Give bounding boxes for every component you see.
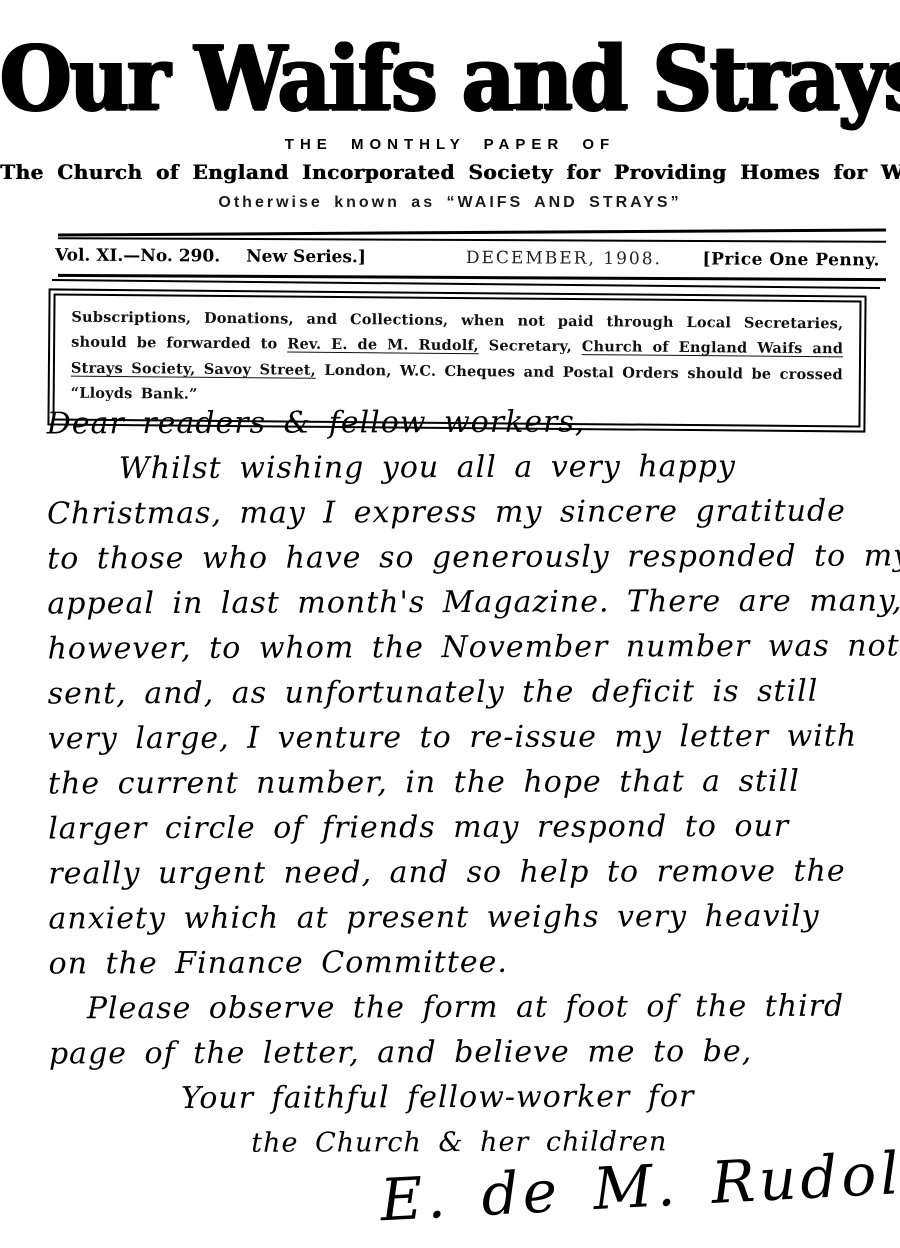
letter-line: anxiety which at present weighs very hea… xyxy=(48,894,876,942)
letter-line: page of the letter, and believe me to be… xyxy=(49,1029,877,1077)
letter-line: the current number, in the hope that a s… xyxy=(48,759,876,807)
issue-line: Vol. XI.—No. 290. New Series.] DECEMBER,… xyxy=(55,245,880,270)
divider-rule xyxy=(52,279,880,289)
letter-line: Your faithful fellow-worker for xyxy=(49,1074,877,1122)
notice-text-part: Secretary, xyxy=(479,338,582,356)
issue-date: DECEMBER, 1908. xyxy=(466,248,662,269)
letter-line: larger circle of friends may respond to … xyxy=(48,804,876,852)
letter-line: Whilst wishing you all a very happy xyxy=(47,444,875,492)
subscription-notice-text: Subscriptions, Donations, and Collection… xyxy=(71,305,844,413)
notice-underlined-secretary-name: Rev. E. de M. Rudolf, xyxy=(287,336,479,355)
handwritten-letter: Dear readers & fellow workers, Whilst wi… xyxy=(47,399,878,1167)
letter-line: on the Finance Committee. xyxy=(49,939,877,987)
issue-price: [Price One Penny. xyxy=(702,249,880,270)
masthead-tagline: THE MONTHLY PAPER OF xyxy=(0,136,900,153)
scanned-newspaper-page: Our Waifs and Strays THE MONTHLY PAPER O… xyxy=(0,0,900,1248)
letter-line: however, to whom the November number was… xyxy=(47,624,875,672)
letter-line: Please observe the form at foot of the t… xyxy=(49,984,877,1032)
issue-series: New Series.] xyxy=(246,247,366,268)
letter-line: Dear readers & fellow workers, xyxy=(47,399,875,447)
letter-line: Christmas, may I express my sincere grat… xyxy=(47,489,875,537)
masthead-society-line: The Church of England Incorporated Socie… xyxy=(0,160,900,184)
masthead-alias-line: Otherwise known as “WAIFS AND STRAYS” xyxy=(0,194,900,212)
divider-rule xyxy=(58,237,886,243)
letter-line: to those who have so generously responde… xyxy=(47,534,875,582)
letter-line: very large, I venture to re-issue my let… xyxy=(48,714,876,762)
letter-line: really urgent need, and so help to remov… xyxy=(48,849,876,897)
issue-volume: Vol. XI.—No. 290. xyxy=(55,245,220,266)
divider-rule xyxy=(58,228,886,236)
letter-line: sent, and, as unfortunately the deficit … xyxy=(48,669,876,717)
letter-line: appeal in last month's Magazine. There a… xyxy=(47,579,875,627)
masthead-title: Our Waifs and Strays xyxy=(0,30,900,127)
